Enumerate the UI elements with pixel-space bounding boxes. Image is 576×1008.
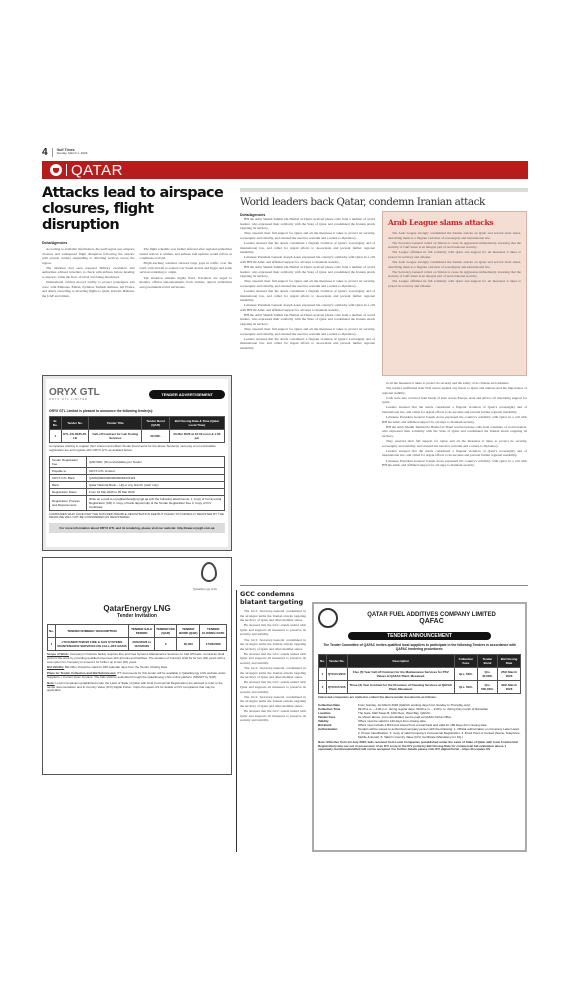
paragraph: The Secretary-General called on Tehran t… <box>388 270 521 279</box>
column-header: Bid Closing Date <box>498 655 521 668</box>
paragraph: The League affirmed its full solidarity … <box>388 250 521 259</box>
paragraph: He stressed that the GCC stands united w… <box>240 623 306 637</box>
scope-text: Company's Onshore facility requires Fire… <box>47 652 225 664</box>
center-story-header: World leaders back Qatar, condemn Irania… <box>240 188 528 208</box>
table-row: Registration DatesFrom 01 Mar 2026 to 05… <box>50 488 225 495</box>
paragraph: Leaders stressed that the attack constit… <box>382 405 527 414</box>
cell: 25/02/2026 to 11/03/2026 <box>129 638 155 651</box>
qafac-title: QATAR FUEL ADDITIVES COMPANY LIMITED QAF… <box>342 612 521 625</box>
flame-drop-icon <box>201 562 217 582</box>
cell: 1 <box>319 668 327 681</box>
oryx-disclaimer: COMPANIES WHO HAVE PAID THE NON-REFUNDAB… <box>49 513 225 521</box>
paragraph: HH the Amir Sheikh Tamim bin Hamad al-Th… <box>240 217 375 231</box>
column-header: Description <box>347 655 455 668</box>
arab-league-body: The Arab League strongly condemned the I… <box>388 231 521 289</box>
cell: Five (5) Year Call off Contract for the … <box>347 668 455 681</box>
paragraph: HH the Amir Sheikh Tamim bin Hamad al-Th… <box>240 265 375 279</box>
paragraph: Flight-tracking websites showed large ga… <box>140 261 233 275</box>
paragraph: They asserted their full support for Qat… <box>382 439 527 448</box>
cell: 0 <box>155 638 177 651</box>
qafac-short: QAFAC <box>342 618 521 625</box>
qafac-logo-icon <box>318 608 338 628</box>
column-header: Tender No. <box>326 655 347 668</box>
arab-league-sidebar: Arab League slams attacks The Arab Leagu… <box>382 211 527 376</box>
cell: 17/03/2026 <box>200 638 227 651</box>
paragraph: International carriers moved swiftly to … <box>42 280 135 298</box>
paragraph: Calls were also received from heads of s… <box>382 396 527 405</box>
banner-divider <box>66 164 67 176</box>
paragraph: The Arab League strongly condemned the I… <box>388 231 521 240</box>
lead-headline: Attacks lead to airspace closures, fligh… <box>42 185 232 233</box>
paragraph: Leaders stressed that the attack constit… <box>240 241 375 255</box>
detail-value: Tenders will be issued to authorized com… <box>358 727 521 739</box>
column-header: TENDER CLOSING DATE <box>200 625 227 638</box>
paragraph: Leaders stressed that the attack constit… <box>240 337 375 351</box>
paragraph: The GCC Secretary-General condemned in t… <box>240 695 306 709</box>
column-header: Bid Closing Date & Time (Qatar Local Tim… <box>169 417 224 430</box>
oryx-logo-text: ORYX GTL <box>49 387 100 398</box>
paragraph: The Arab League strongly condemned the I… <box>388 260 521 269</box>
gcc-story: GCC condemns blatant targeting The GCC S… <box>240 590 306 723</box>
dhow-icon <box>50 164 62 176</box>
cell: QTC/C/1/106 <box>326 681 347 694</box>
qatarenergy-lng-tender-ad: QatarEnergy LNG QatarEnergy LNG Tender I… <box>42 557 232 775</box>
gcc-headline: GCC condemns blatant targeting <box>240 590 306 606</box>
paragraph: The GCC Secretary-General condemned in t… <box>240 638 306 652</box>
paragraph: Leaders stressed that the attack constit… <box>382 449 527 458</box>
paragraph: Lebanese President General Joseph Aoun e… <box>240 255 375 264</box>
cell: ORYX GTL Bank <box>50 474 87 481</box>
oryx-registration-table: Tender Registration FeeQAR 500/- (Non-re… <box>49 456 225 511</box>
column-header: Tender Title <box>89 417 142 430</box>
qafac-footnote: Note: Effective from 1st July 2020, bids… <box>318 741 521 752</box>
lng-subtitle: Tender Invitation <box>47 613 227 619</box>
note-text: Local Companies (established under the L… <box>47 681 223 693</box>
lng-title: QatarEnergy LNG <box>47 604 227 613</box>
column-header: Tender Bond (QAR) <box>142 417 170 430</box>
table-row: ORYX GTL BankQA66QNBA000000000081070323 <box>50 474 225 481</box>
cell: QAR 500/- (Non-refundable) per Tender <box>87 456 225 467</box>
lead-story: Attacks lead to airspace closures, fligh… <box>42 185 232 299</box>
cell: Qrs. 500/- <box>455 681 478 694</box>
table-row: Registration Process and RequirementsWri… <box>50 495 225 510</box>
cell: 1 <box>48 638 56 651</box>
paragraph: The League affirmed its full solidarity … <box>388 279 521 288</box>
cell: GTL-CS-6035-26-LB <box>61 430 89 443</box>
paragraph: The Secretary-General called on Tehran t… <box>388 241 521 250</box>
qafac-details: Collection DateFrom Sunday, 1st March 20… <box>318 703 521 739</box>
paragraph: HH the Amir Sheikh Tamim bin Hamad al-Th… <box>240 313 375 327</box>
cell: 1 <box>50 430 62 443</box>
bid-validity-text: Bid Offer should be valid for 180 calend… <box>65 665 168 669</box>
lead-byline: Doha/Agencies <box>42 241 232 245</box>
paragraph: HH the Amir Sheikh Tamim bin Hamad al-Th… <box>382 425 527 439</box>
center-body: HH the Amir Sheikh Tamim bin Hamad al-Th… <box>240 217 375 351</box>
paragraph: Leaders stressed that the attack constit… <box>240 289 375 303</box>
paragraph: The situation had seen repeated military… <box>42 266 135 280</box>
cell: 23 Mar 2026 at 12:00 noon & 1:00 pm <box>169 430 224 443</box>
header-rule <box>240 188 528 192</box>
lead-column-1: According to available information, the … <box>42 247 135 299</box>
paragraph: Lebanese President General Joseph Aoun e… <box>240 303 375 312</box>
detail-label: Authorization <box>318 727 358 739</box>
table-row: 2 QTC/C/1/106 Three (3) Year Contract fo… <box>319 681 521 694</box>
cell: Three (3) Year Contract for the Provisio… <box>347 681 455 694</box>
cell: 2 <box>319 681 327 694</box>
paragraph: The GCC Secretary-General condemned in t… <box>240 609 306 623</box>
paragraph: They asserted their full support for Qat… <box>240 327 375 336</box>
table-row: 1 LTC/C/MNT/7095/26 FIRE & GAS SYSTEMS M… <box>48 638 227 651</box>
oryx-note: Companies wishing to register their inte… <box>49 445 225 453</box>
oryx-logo: ORYX GTL ORYX GTL LIMITED <box>49 387 100 401</box>
column-rule <box>236 590 237 852</box>
paragraph: in all the measures it takes to protect … <box>382 381 527 386</box>
paragraph: They asserted their full support for Qat… <box>240 279 375 288</box>
cell: QTC/C/4/050 <box>326 668 347 681</box>
qafac-tender-ad: QATAR FUEL ADDITIVES COMPANY LIMITED QAF… <box>312 602 527 852</box>
newspaper-page: 4 Gulf Times Sunday, March 1, 2026 QATAR… <box>42 145 528 865</box>
lead-column-2: The flight schedule was further affected… <box>140 247 233 299</box>
column-header: TENDER SALE PERIOD <box>129 625 155 638</box>
cell: Qrs. 40,000/- <box>477 668 497 681</box>
column-header: No. <box>48 625 56 638</box>
cell: Registration Dates <box>50 488 87 495</box>
bid-validity-label: Bid Validity: <box>47 665 64 669</box>
cell: 30,000 <box>177 638 200 651</box>
cell: Write an e-mail to oryxgtltenders@oryxgt… <box>87 495 225 510</box>
paragraph: Lebanese President General Joseph Aoun e… <box>382 459 527 468</box>
qafac-intro: The Tender Committee of QAFAC invites qu… <box>318 643 521 651</box>
arab-league-title: Arab League slams attacks <box>388 218 521 227</box>
cell: Tender Registration Fee <box>50 456 87 467</box>
logo-caption: QatarEnergy LNG <box>47 587 217 591</box>
table-row: Tender Registration FeeQAR 500/- (Non-re… <box>50 456 225 467</box>
table-row: Payable toORYX GTL Limited <box>50 467 225 474</box>
oryx-intro: ORYX GTL Limited is pleased to announce … <box>49 409 225 413</box>
column-header: Sr. No. <box>50 417 62 430</box>
table-row: 1 GTL-CS-6035-26-LB Call-off Contract fo… <box>50 430 225 443</box>
section-divider <box>240 585 528 586</box>
cell: Qatar National Bank – HQ or any branch (… <box>87 481 225 488</box>
cell: Bank <box>50 481 87 488</box>
paragraph: The leaders reaffirmed their firm stance… <box>382 386 527 395</box>
cell: 25th March 2026 <box>498 668 521 681</box>
center-story: Doha/Agencies HH the Amir Sheikh Tamim b… <box>240 213 375 351</box>
folio: 4 Gulf Times Sunday, March 1, 2026 <box>42 145 87 159</box>
oryx-gtl-tender-ad: ORYX GTL ORYX GTL LIMITED TENDER ADVERTI… <box>42 375 232 551</box>
qatarenergy-logo: QatarEnergy LNG <box>47 562 227 600</box>
cell: QA66QNBA000000000081070323 <box>87 474 225 481</box>
oryx-tender-table: Sr. No. Tender No. Tender Title Tender B… <box>49 416 225 443</box>
qafac-note-intro: Interested companies are invited to coll… <box>318 696 521 700</box>
oryx-website-link[interactable]: For more information about ORYX GTL and … <box>49 523 225 533</box>
cell: Payable to <box>50 467 87 474</box>
cell: Qrs. 500/- <box>455 668 478 681</box>
gcc-body: The GCC Secretary-General condemned in t… <box>240 609 306 723</box>
center-story-continued: in all the measures it takes to protect … <box>382 381 527 468</box>
column-header: Collection Fees <box>455 655 478 668</box>
section-banner: QATAR <box>42 161 528 179</box>
paragraph: The flight schedule was further affected… <box>140 247 233 261</box>
paragraph: Lebanese President General Joseph Aoun e… <box>382 415 527 424</box>
paragraph: He stressed that the GCC stands united w… <box>240 709 306 723</box>
tender-badge: TENDER ADVERTISEMENT <box>149 390 225 399</box>
tender-announcement-badge: TENDER ANNOUNCEMENT <box>348 632 491 640</box>
column-header: TENDER BOND (QAR) <box>177 625 200 638</box>
publication-date: Sunday, March 1, 2026 <box>57 152 88 155</box>
qafac-company: QATAR FUEL ADDITIVES COMPANY LIMITED <box>342 612 521 618</box>
lng-tender-table: No. TENDER NUMBER / DESCRIPTION TENDER S… <box>47 624 227 651</box>
qafac-tender-table: No. Tender No. Description Collection Fe… <box>318 654 521 694</box>
page-number: 4 <box>42 147 48 158</box>
cell: Call-off Contract for Lab Testing Servic… <box>89 430 142 443</box>
cell: 40,000/- <box>142 430 170 443</box>
paragraph: According to available information, the … <box>42 247 135 265</box>
cell: LTC/C/MNT/7095/26 FIRE & GAS SYSTEMS MAI… <box>55 638 128 651</box>
column-header: No. <box>319 655 327 668</box>
paragraph: The situation remains highly fluid. Trav… <box>140 276 233 290</box>
column-header: TENDER NUMBER / DESCRIPTION <box>55 625 128 638</box>
table-row: BankQatar National Bank – HQ or any bran… <box>50 481 225 488</box>
cell: ORYX GTL Limited <box>87 467 225 474</box>
oryx-logo-sub: ORYX GTL LIMITED <box>49 398 100 401</box>
center-headline: World leaders back Qatar, condemn Irania… <box>240 196 528 208</box>
column-header: Tender Bond <box>477 655 497 668</box>
section-title: QATAR <box>71 162 123 179</box>
paragraph: They asserted their full support for Qat… <box>240 231 375 240</box>
cell: Qrs. 500,000/- <box>477 681 497 694</box>
detail-row: AuthorizationTenders will be issued to a… <box>318 727 521 739</box>
paragraph: He stressed that the GCC stands united w… <box>240 680 306 694</box>
continued-body: in all the measures it takes to protect … <box>382 381 527 468</box>
paragraph: He stressed that the GCC stands united w… <box>240 652 306 666</box>
cell: From 01 Mar 2026 to 05 Mar 2026 <box>87 488 225 495</box>
cell: 30th March 2026 <box>498 681 521 694</box>
column-header: Tender No. <box>61 417 89 430</box>
folio-divider <box>52 148 53 157</box>
cell: Registration Process and Requirements <box>50 495 87 510</box>
table-row: 1 QTC/C/4/050 Five (5) Year Call off Con… <box>319 668 521 681</box>
paragraph: The GCC Secretary-General condemned in t… <box>240 666 306 680</box>
column-header: TENDER FEE (QAR) <box>155 625 177 638</box>
